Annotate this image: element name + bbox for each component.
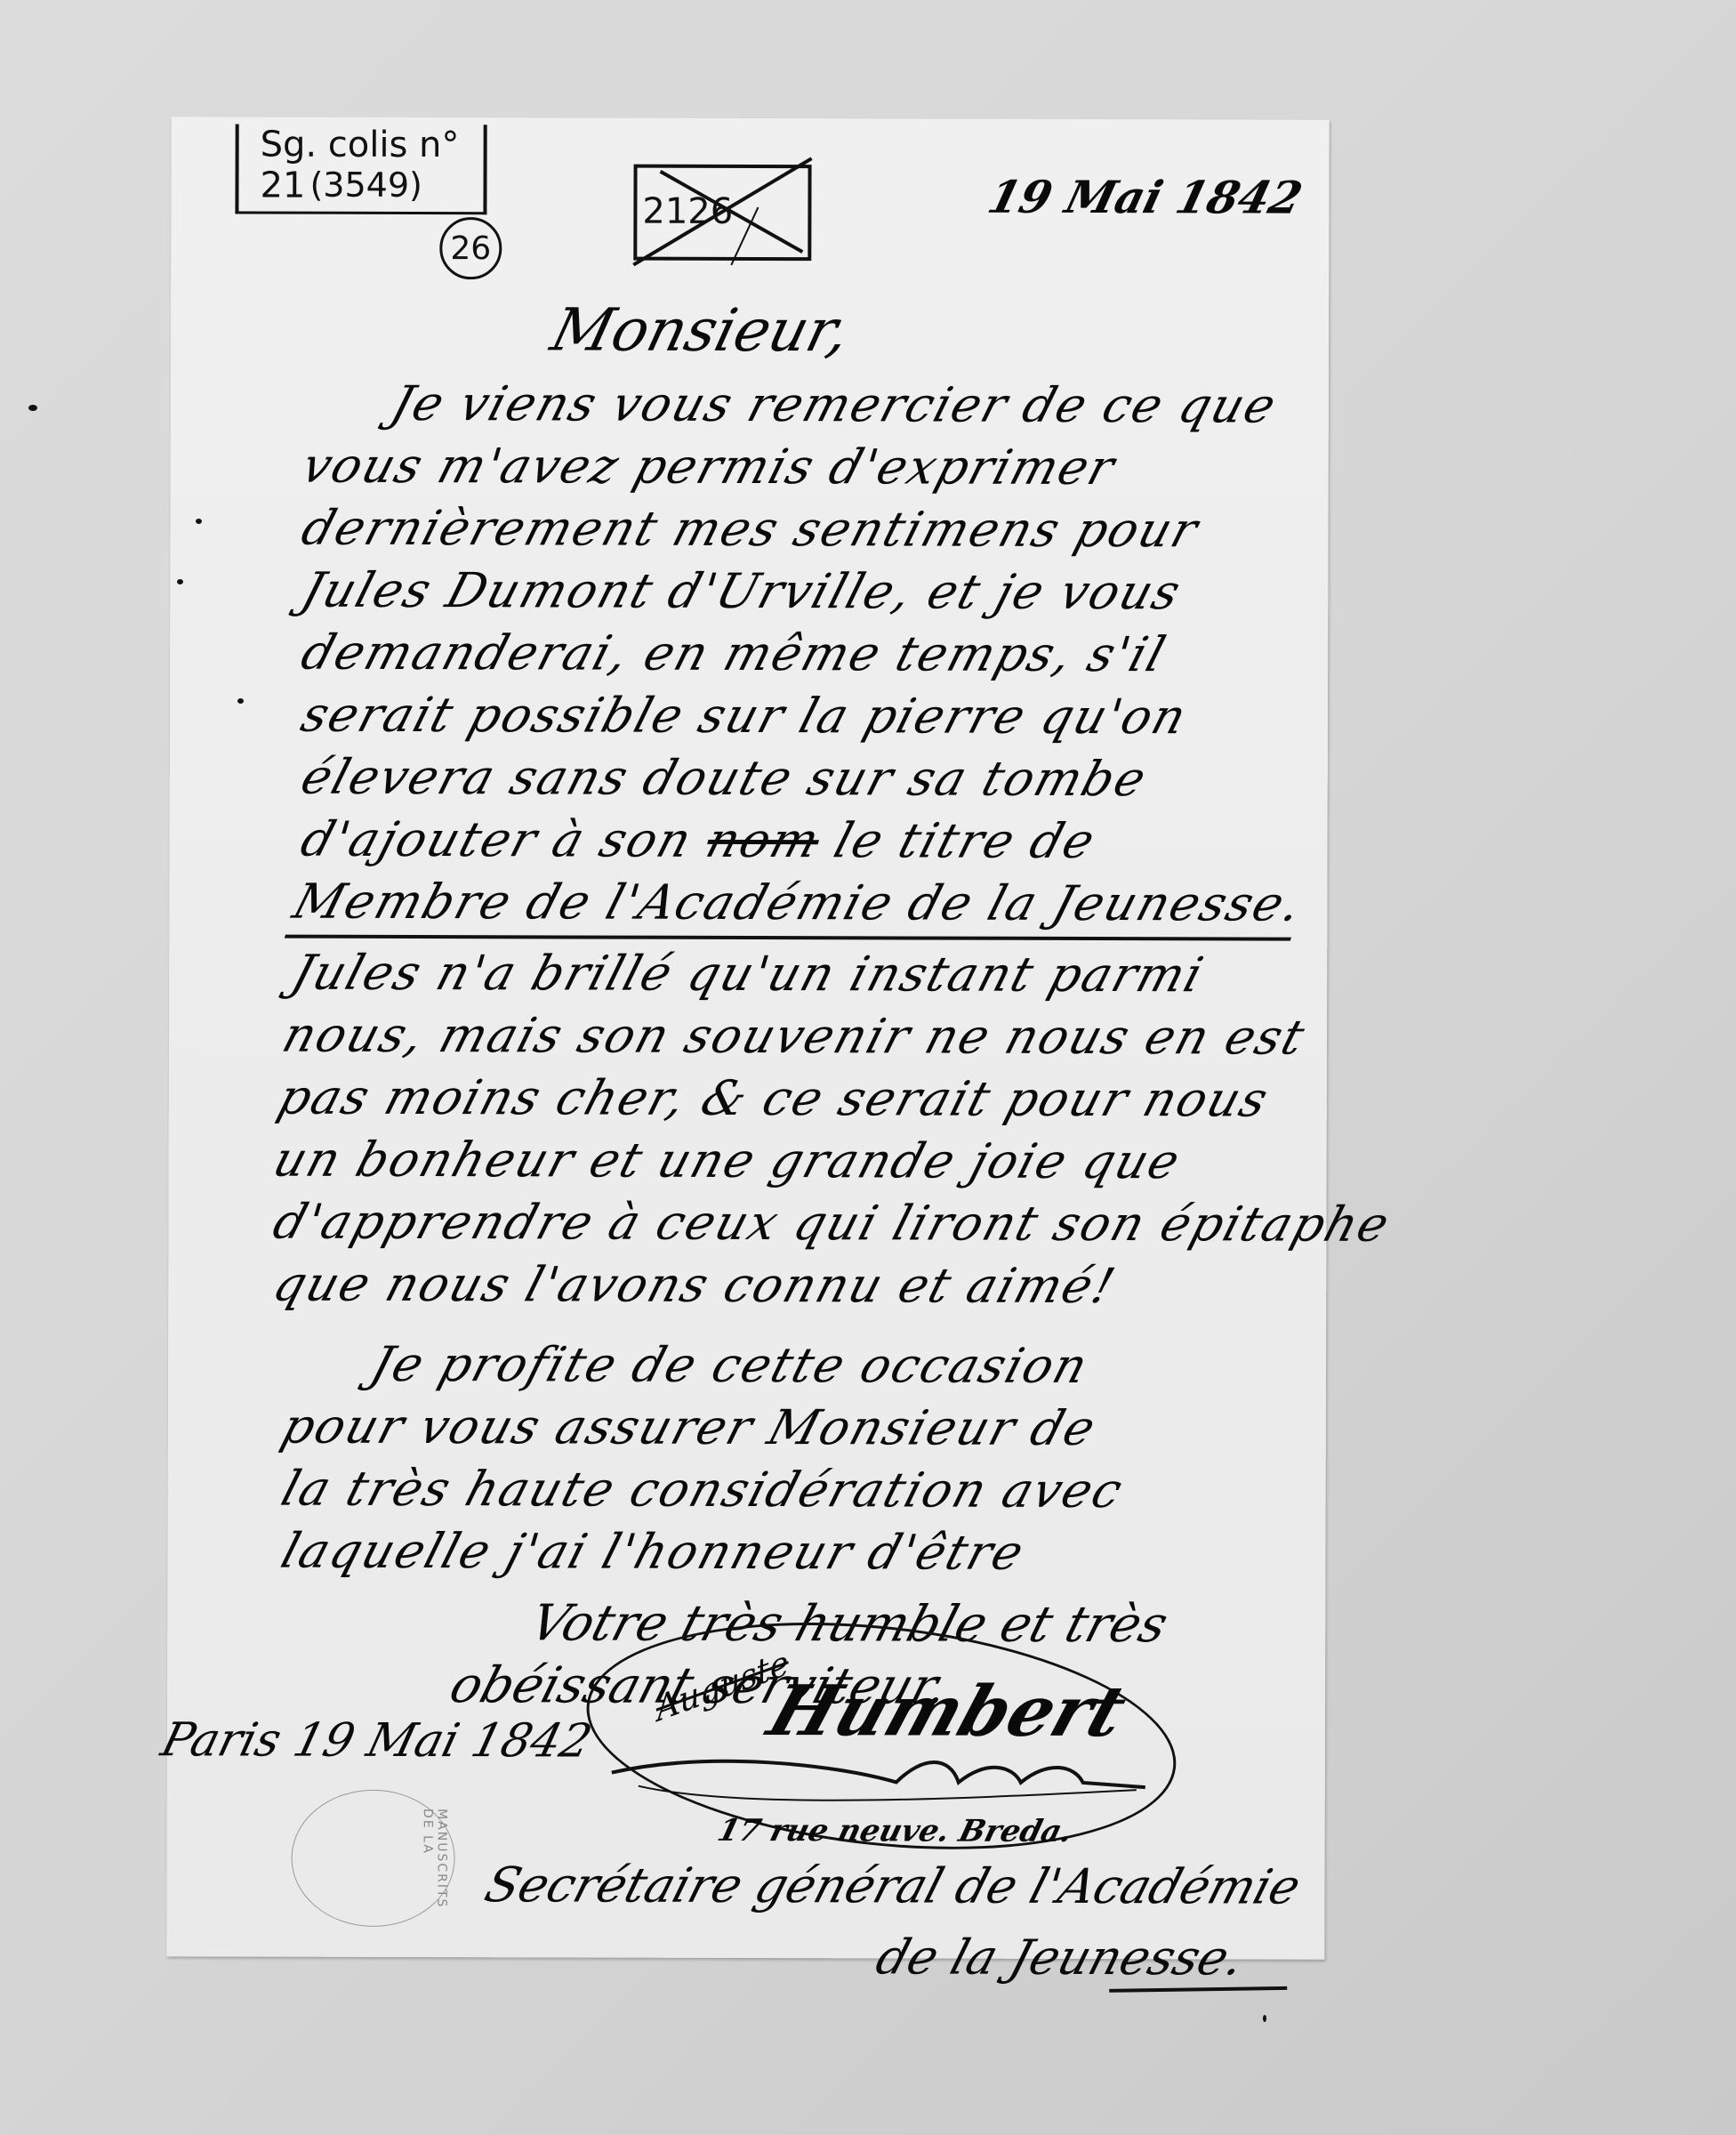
dust-speck (237, 698, 244, 704)
signatory-title-line-1: Secrétaire général de l'Académie (478, 1857, 1306, 1914)
body-line-7: élevera sans doute sur sa tombe (295, 749, 1154, 807)
body-line-16: Je profite de cette occasion (365, 1336, 1096, 1394)
archive-reference-line2: (3549) (309, 165, 422, 205)
letter-date: 19 Mai 1842 (983, 171, 1307, 224)
crossed-out-number-box: 2126 (633, 165, 811, 262)
body-line-15: que nous l'avons connu et aimé! (267, 1256, 1122, 1314)
body-line-5: demanderai, en même temps, s'il (295, 624, 1173, 682)
body-line-18: la très haute considération avec (276, 1461, 1130, 1519)
body-line-6: serait possible sur la pierre qu'on (295, 687, 1194, 745)
body-line-19: laquelle j'ai l'honneur d'être (275, 1523, 1031, 1581)
letter-page: Sg. colis n° 21 (3549) 26 2126 19 Mai 18… (166, 117, 1329, 1959)
body-line-4: Jules Dumont d'Urville, et je vous (295, 562, 1188, 621)
body-line-13: un bonheur et une grande joie que (268, 1132, 1188, 1190)
stamp-text: MANUSCRITS DE LA (420, 1809, 448, 1926)
archive-reference-box: Sg. colis n° 21 (3549) (235, 124, 486, 214)
body-line-3: dernièrement mes sentimens pour (295, 500, 1205, 559)
body-line-8: d'ajouter à son nom le titre de (294, 811, 1102, 869)
dust-speck (28, 405, 37, 411)
library-stamp: MANUSCRITS DE LA (291, 1790, 454, 1927)
body-line-12: pas moins cher, & ce serait pour nous (272, 1069, 1276, 1128)
salutation: Monsieur, (544, 295, 856, 365)
signature-underline-flourish-icon (603, 1746, 1154, 1810)
underlined-academy-title: Membre de l'Académie de la Jeunesse. (285, 874, 1309, 941)
body-line-14: d'apprendre à ceux qui liront son épitap… (267, 1194, 1396, 1253)
signatory-title-line-2: de la Jeunesse. (870, 1929, 1250, 1986)
signature-address: 17 rue neuve. Breda. (714, 1813, 1076, 1849)
struck-word: nom (700, 812, 827, 868)
body-line-1: Je viens vous remercier de ce que (385, 375, 1284, 434)
body-line-10: Jules n'a brillé qu'un instant parmi (285, 945, 1210, 1003)
dust-speck (196, 519, 202, 524)
page-number: 26 (450, 230, 491, 267)
page-number-circle: 26 (439, 217, 502, 279)
place-and-date: Paris 19 Mai 1842 (156, 1713, 597, 1768)
dust-speck (177, 579, 183, 584)
body-line-17: pour vous assurer Monsieur de (276, 1398, 1104, 1456)
dust-speck (1263, 2015, 1266, 2022)
title-underline (1109, 1986, 1287, 1993)
body-line-11: nous, mais son souvenir ne nous en est (277, 1007, 1313, 1066)
cross-out-mark-icon (624, 154, 829, 279)
signature-last-name: Humbert (759, 1671, 1136, 1752)
body-line-2: vous m'avez permis d'exprimer (296, 438, 1122, 495)
